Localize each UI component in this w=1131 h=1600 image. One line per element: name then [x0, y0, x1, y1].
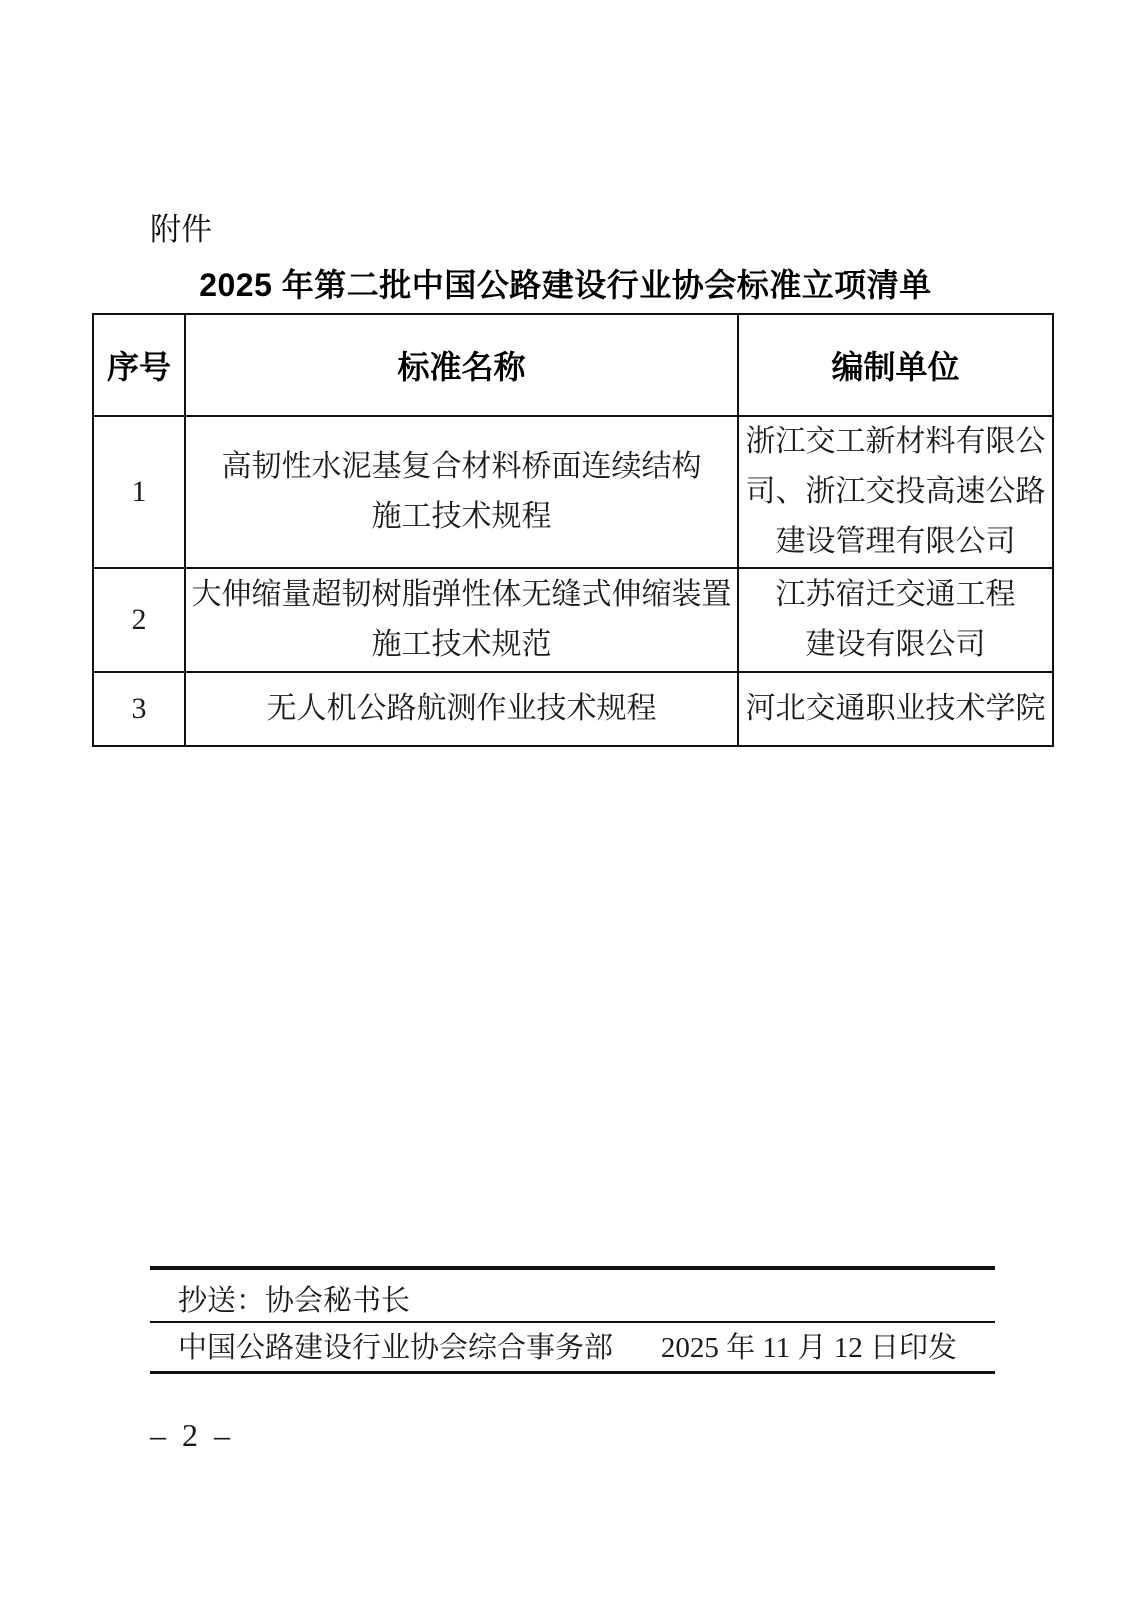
- cell-no: 1: [93, 416, 185, 568]
- footer-separator-thin-lower: [150, 1371, 995, 1374]
- cell-standard-name: 大伸缩量超韧树脂弹性体无缝式伸缩装置 施工技术规范: [185, 568, 738, 672]
- cell-unit: 河北交通职业技术学院: [738, 672, 1053, 746]
- cc-line: 抄送：协会秘书长: [178, 1284, 410, 1318]
- cell-no: 2: [93, 568, 185, 672]
- attachment-label: 附件: [150, 212, 212, 248]
- issuer-row: 中国公路建设行业协会综合事务部 2025 年 11 月 12 日印发: [150, 1331, 995, 1365]
- document-title: 2025 年第二批中国公路建设行业协会标准立项清单: [0, 266, 1131, 304]
- footer-separator-thick: [150, 1266, 995, 1270]
- col-header-unit: 编制单位: [738, 314, 1053, 416]
- page-number: – 2 –: [150, 1418, 234, 1452]
- standards-table: 序号 标准名称 编制单位 1 高韧性水泥基复合材料桥面连续结构 施工技术规程 浙…: [92, 313, 1054, 747]
- table-row: 2 大伸缩量超韧树脂弹性体无缝式伸缩装置 施工技术规范 江苏宿迁交通工程 建设有…: [93, 568, 1053, 672]
- cell-standard-name: 高韧性水泥基复合材料桥面连续结构 施工技术规程: [185, 416, 738, 568]
- col-header-no: 序号: [93, 314, 185, 416]
- issue-date: 2025 年 11 月 12 日印发: [661, 1331, 957, 1365]
- cell-standard-name: 无人机公路航测作业技术规程: [185, 672, 738, 746]
- issuer-name: 中国公路建设行业协会综合事务部: [178, 1331, 613, 1365]
- col-header-name: 标准名称: [185, 314, 738, 416]
- table-row: 3 无人机公路航测作业技术规程 河北交通职业技术学院: [93, 672, 1053, 746]
- footer-separator-thin-upper: [150, 1321, 995, 1323]
- cell-no: 3: [93, 672, 185, 746]
- cell-unit: 江苏宿迁交通工程 建设有限公司: [738, 568, 1053, 672]
- table-row: 1 高韧性水泥基复合材料桥面连续结构 施工技术规程 浙江交工新材料有限公 司、浙…: [93, 416, 1053, 568]
- table-header-row: 序号 标准名称 编制单位: [93, 314, 1053, 416]
- cell-unit: 浙江交工新材料有限公 司、浙江交投高速公路 建设管理有限公司: [738, 416, 1053, 568]
